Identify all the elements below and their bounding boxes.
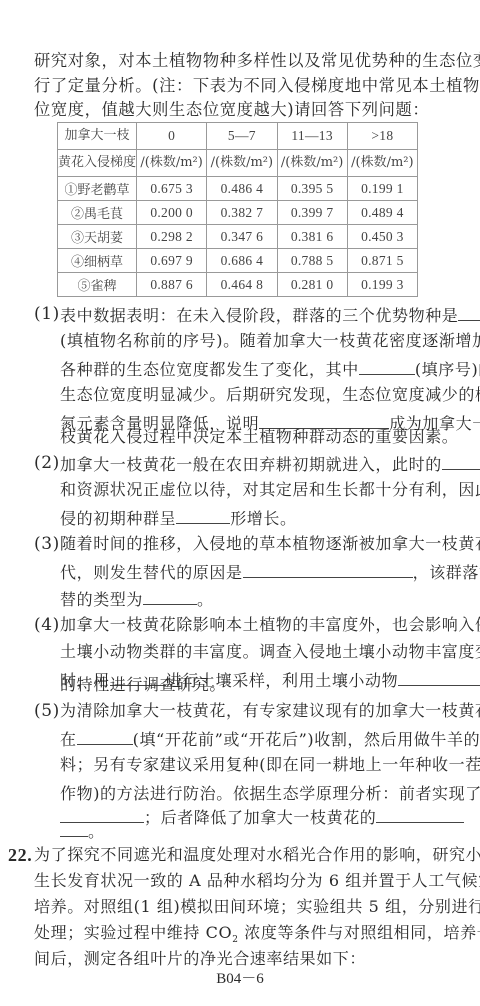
value-cell: 0.450 3 bbox=[347, 225, 417, 249]
q3-line-3: 替的类型为。 bbox=[60, 588, 214, 610]
q2-line-3: 侵的初期种群呈形增长。 bbox=[60, 507, 297, 529]
header-cell: /(株数/m²) bbox=[277, 150, 347, 177]
table-row: ⑤雀稗 0.887 6 0.464 8 0.281 0 0.199 3 bbox=[58, 273, 418, 297]
table-header-row-2: 黄花入侵梯度 /(株数/m²) /(株数/m²) /(株数/m²) /(株数/m… bbox=[58, 150, 418, 177]
plant-name: ②禺毛茛 bbox=[58, 201, 137, 225]
value-cell: 0.298 2 bbox=[137, 225, 207, 249]
q22-line-5: 间后，测定各组叶片的净光合速率结果如下： bbox=[34, 949, 366, 969]
value-cell: 0.489 4 bbox=[347, 201, 417, 225]
value-cell: 0.395 5 bbox=[277, 177, 347, 201]
intro-line-1: 研究对象，对本土植物物种多样性以及常见优势种的生态位变化进 bbox=[34, 51, 480, 71]
q5-line-5: ；后者降低了加拿大一枝黄花的 bbox=[60, 806, 464, 828]
q22-line-1: 为了探究不同遮光和温度处理对水稻光合作用的影响，研究小组将 bbox=[34, 845, 480, 865]
q2-number: (2) bbox=[34, 453, 60, 473]
answer-blank[interactable] bbox=[143, 588, 197, 605]
q1-line-6: 枝黄花入侵过程中决定本土植物种群动态的重要因素。 bbox=[60, 427, 458, 447]
answer-blank[interactable] bbox=[376, 806, 464, 823]
q1-line-3: 各种群的生态位宽度都发生了变化，其中(填序号)的 bbox=[60, 358, 480, 380]
header-cell: 5—7 bbox=[207, 123, 277, 150]
q4-line-2: 土壤小动物类群的丰富度。调查入侵地土壤小动物丰富度变化 bbox=[60, 642, 480, 662]
q1-line-4: 生态位宽度明显减少。后期研究发现，生态位宽度减少的植物 bbox=[60, 385, 480, 405]
q3-line-2: 代，则发生替代的原因是，该群落演 bbox=[60, 561, 480, 583]
value-cell: 0.199 3 bbox=[347, 273, 417, 297]
table-row: ②禺毛茛 0.200 0 0.382 7 0.399 7 0.489 4 bbox=[58, 201, 418, 225]
header-cell: 加拿大一枝 bbox=[58, 123, 137, 150]
answer-blank[interactable] bbox=[359, 358, 415, 375]
q4-line-1: 加拿大一枝黄花除影响本土植物的丰富度外，也会影响入侵地 bbox=[60, 615, 480, 635]
q1-line-2: (填植物名称前的序号)。随着加拿大一枝黄花密度逐渐增加， bbox=[60, 331, 480, 351]
answer-blank[interactable] bbox=[176, 507, 230, 524]
table-row: ③天胡荽 0.298 2 0.347 6 0.381 6 0.450 3 bbox=[58, 225, 418, 249]
value-cell: 0.399 7 bbox=[277, 201, 347, 225]
header-cell: 11—13 bbox=[277, 123, 347, 150]
q3-number: (3) bbox=[34, 534, 60, 554]
q22-line-4: 处理；实验过程中维持 CO2 浓度等条件与对照组相同，培养一段时 bbox=[34, 923, 480, 950]
q22-line-3: 培养。对照组(1 组)模拟田间环境；实验组共 5 组，分别进行如下表 bbox=[34, 897, 480, 917]
q2-line-2: 和资源状况正虚位以待，对其定居和生长都十分有利，因此在入 bbox=[60, 480, 480, 500]
value-cell: 0.887 6 bbox=[137, 273, 207, 297]
value-cell: 0.347 6 bbox=[207, 225, 277, 249]
plant-name: ③天胡荽 bbox=[58, 225, 137, 249]
header-cell: /(株数/m²) bbox=[207, 150, 277, 177]
q22-line-2: 生长发育状况一致的 A 品种水稻均分为 6 组并置于人工气候室中 bbox=[34, 871, 480, 891]
value-cell: 0.382 7 bbox=[207, 201, 277, 225]
plant-name: ①野老鹳草 bbox=[58, 177, 137, 201]
q5-line-3: 料；另有专家建议采用复种(即在同一耕地上一年种收一茬以上 bbox=[60, 755, 480, 775]
q5-number: (5) bbox=[34, 701, 60, 721]
header-cell: 黄花入侵梯度 bbox=[58, 150, 137, 177]
q2-line-1: 加拿大一枝黄花一般在农田弃耕初期就进入，此时的 bbox=[60, 453, 480, 475]
intro-line-2: 行了定量分析。(注：下表为不同入侵梯度地中常见本土植物的生态 bbox=[34, 76, 480, 96]
niche-width-table: 加拿大一枝 0 5—7 11—13 >18 黄花入侵梯度 /(株数/m²) /(… bbox=[57, 122, 418, 297]
q3-line-1: 随着时间的推移，入侵地的草本植物逐渐被加拿大一枝黄花替 bbox=[60, 534, 480, 554]
header-cell: /(株数/m²) bbox=[347, 150, 417, 177]
value-cell: 0.675 3 bbox=[137, 177, 207, 201]
answer-blank[interactable] bbox=[60, 820, 88, 837]
table-row: ④细柄草 0.697 9 0.686 4 0.788 5 0.871 5 bbox=[58, 249, 418, 273]
answer-blank[interactable] bbox=[458, 304, 480, 321]
q5-line-2: 在(填“开花前”或“开花后”)收割，然后用做牛羊的饲 bbox=[60, 728, 480, 750]
value-cell: 0.464 8 bbox=[207, 273, 277, 297]
value-cell: 0.200 0 bbox=[137, 201, 207, 225]
answer-blank[interactable] bbox=[398, 669, 480, 686]
value-cell: 0.697 9 bbox=[137, 249, 207, 273]
q5-line-4: 作物)的方法进行防治。依据生态学原理分析：前者实现了 bbox=[60, 782, 480, 804]
header-cell: 0 bbox=[137, 123, 207, 150]
header-cell: /(株数/m²) bbox=[137, 150, 207, 177]
q4-number: (4) bbox=[34, 615, 60, 635]
value-cell: 0.381 6 bbox=[277, 225, 347, 249]
q4-line-4: 的特性进行调查研究。 bbox=[60, 675, 226, 695]
answer-blank[interactable] bbox=[442, 453, 480, 470]
value-cell: 0.686 4 bbox=[207, 249, 277, 273]
plant-name: ④细柄草 bbox=[58, 249, 137, 273]
table-header-row-1: 加拿大一枝 0 5—7 11—13 >18 bbox=[58, 123, 418, 150]
q1-number: (1) bbox=[34, 304, 60, 324]
intro-line-3: 位宽度，值越大则生态位宽度越大)请回答下列问题： bbox=[34, 100, 429, 120]
header-cell: >18 bbox=[347, 123, 417, 150]
table-row: ①野老鹳草 0.675 3 0.486 4 0.395 5 0.199 1 bbox=[58, 177, 418, 201]
value-cell: 0.199 1 bbox=[347, 177, 417, 201]
answer-blank[interactable] bbox=[243, 561, 413, 578]
q1-line-1: 表中数据表明：在未入侵阶段，群落的三个优势物种是 bbox=[60, 304, 480, 326]
value-cell: 0.281 0 bbox=[277, 273, 347, 297]
value-cell: 0.486 4 bbox=[207, 177, 277, 201]
plant-name: ⑤雀稗 bbox=[58, 273, 137, 297]
value-cell: 0.788 5 bbox=[277, 249, 347, 273]
q5-line-6: 。 bbox=[60, 820, 105, 842]
q5-line-1: 为清除加拿大一枝黄花，有专家建议现有的加拿大一枝黄花应 bbox=[60, 701, 480, 721]
value-cell: 0.871 5 bbox=[347, 249, 417, 273]
page-number: B04－6 bbox=[0, 967, 480, 988]
answer-blank[interactable] bbox=[77, 728, 133, 745]
q22-number: 22. bbox=[8, 845, 32, 865]
